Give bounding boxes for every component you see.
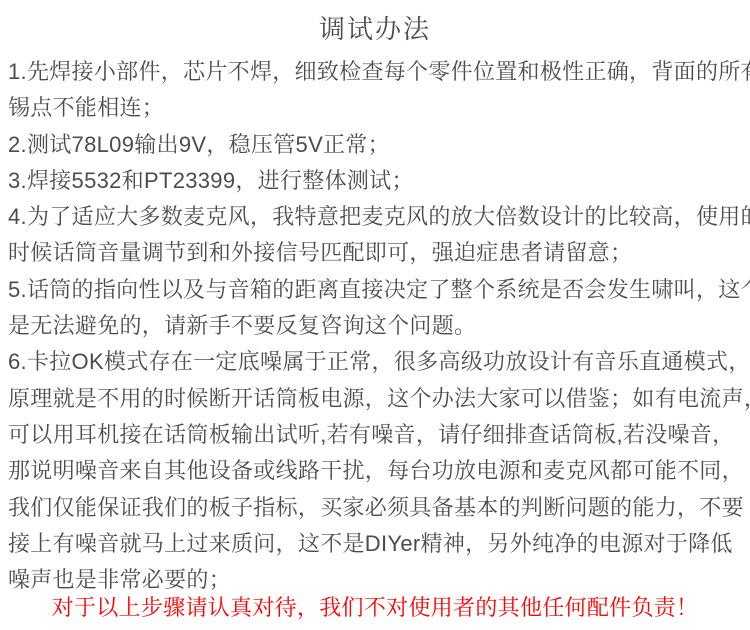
page-title: 调试办法 (8, 10, 742, 48)
text-line: 那说明噪音来自其他设备或线路干扰，每台功放电源和麦克风都可能不同， (8, 453, 742, 489)
text-line: 4.为了适应大多数麦克风，我特意把麦克风的放大倍数设计的比较高，使用的 (8, 199, 742, 235)
text-line: 原理就是不用的时候断开话筒板电源，这个办法大家可以借鉴；如有电流声， (8, 381, 742, 417)
text-line: 时候话筒音量调节到和外接信号匹配即可，强迫症患者请留意； (8, 235, 742, 271)
instruction-text: 1.先焊接小部件，芯片不焊，细致检查每个零件位置和极性正确，背面的所有 锡点不能… (8, 54, 742, 598)
document-page: 调试办法 1.先焊接小部件，芯片不焊，细致检查每个零件位置和极性正确，背面的所有… (0, 0, 750, 630)
warning-text: 对于以上步骤请认真对待，我们不对使用者的其他任何配件负责！ (8, 595, 742, 621)
text-line: 1.先焊接小部件，芯片不焊，细致检查每个零件位置和极性正确，背面的所有 (8, 54, 742, 90)
text-line: 锡点不能相连； (8, 90, 742, 126)
text-line: 噪声也是非常必要的； (8, 562, 742, 598)
text-line: 6.卡拉OK模式存在一定底噪属于正常，很多高级功放设计有音乐直通模式， (8, 344, 742, 380)
text-line: 5.话筒的指向性以及与音箱的距离直接决定了整个系统是否会发生啸叫，这个 (8, 272, 742, 308)
text-line: 我们仅能保证我们的板子指标，买家必须具备基本的判断问题的能力，不要 (8, 490, 742, 526)
text-line: 2.测试78L09输出9V，稳压管5V正常； (8, 127, 742, 163)
text-line: 3.焊接5532和PT23399，进行整体测试； (8, 163, 742, 199)
text-line: 接上有噪音就马上过来质问，这不是DIYer精神，另外纯净的电源对于降低 (8, 526, 742, 562)
text-line: 可以用耳机接在话筒板输出试听,若有噪音，请仔细排查话筒板,若没噪音， (8, 417, 742, 453)
text-line: 是无法避免的，请新手不要反复咨询这个问题。 (8, 308, 742, 344)
